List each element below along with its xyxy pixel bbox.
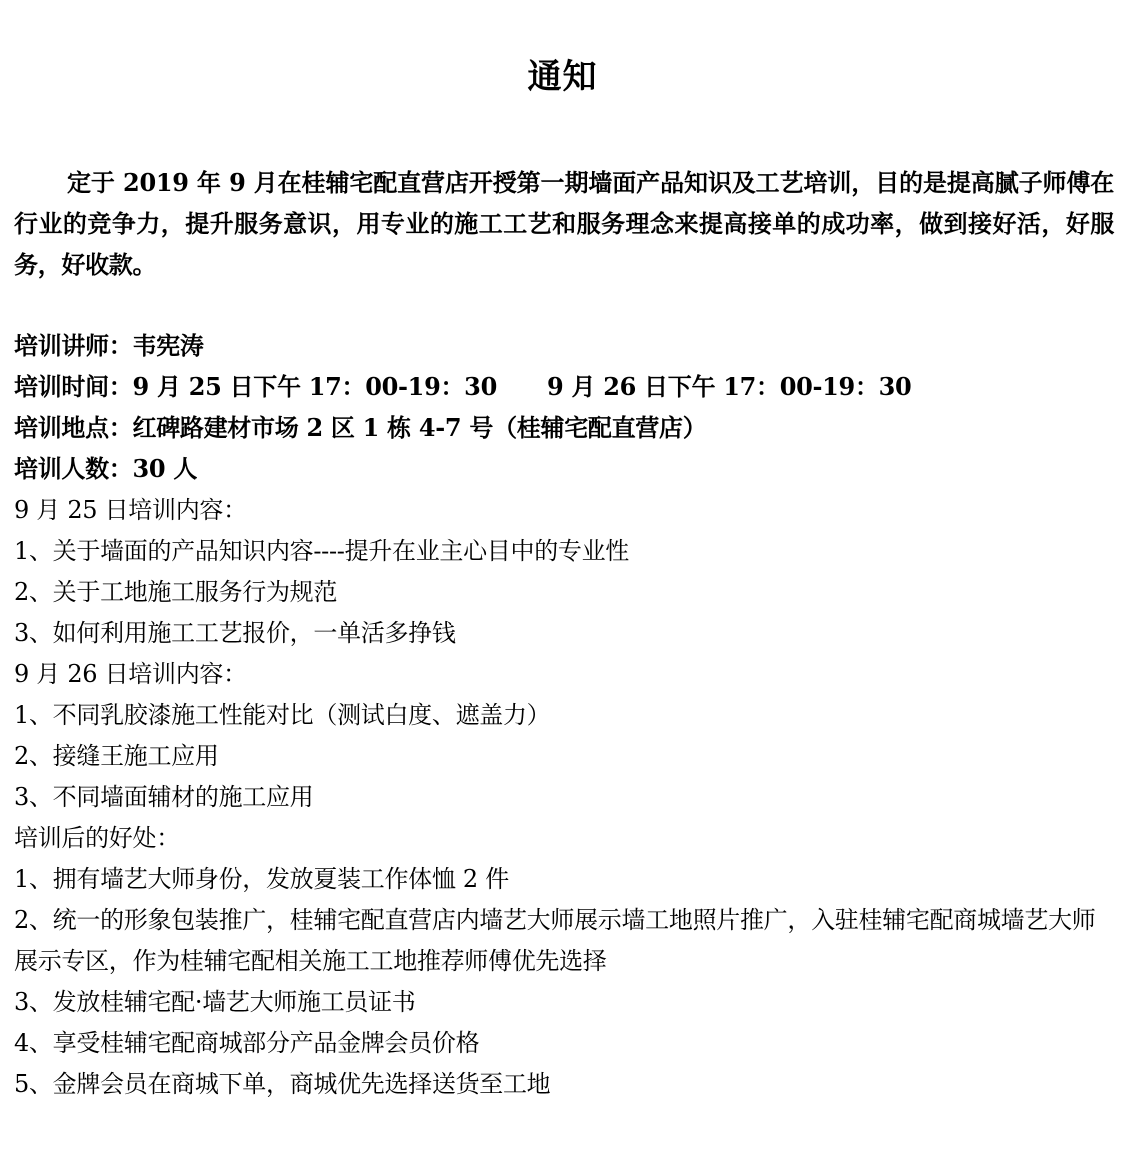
list-item: 1、不同乳胶漆施工性能对比（测试白度、遮盖力） (14, 695, 1114, 736)
time-row: 培训时间：9 月 25 日下午 17：00-19：309 月 26 日下午 17… (14, 366, 1114, 407)
time-value-2: 9 月 26 日下午 17：00-19：30 (547, 372, 911, 401)
location-label: 培训地点： (14, 413, 133, 442)
day2-heading: 9 月 26 日培训内容： (14, 654, 1114, 695)
list-item: 2、接缝王施工应用 (14, 736, 1114, 777)
training-content: 9 月 25 日培训内容： 1、关于墙面的产品知识内容----提升在业主心目中的… (14, 490, 1114, 1105)
list-item: 3、如何利用施工工艺报价，一单活多挣钱 (14, 613, 1114, 654)
count-label: 培训人数： (14, 454, 133, 483)
count-row: 培训人数：30 人 (14, 448, 1114, 489)
list-item: 3、不同墙面辅材的施工应用 (14, 777, 1114, 818)
count-value: 30 人 (133, 454, 198, 483)
list-item: 3、发放桂辅宅配·墙艺大师施工员证书 (14, 982, 1114, 1023)
list-item: 2、关于工地施工服务行为规范 (14, 572, 1114, 613)
lecturer-label: 培训讲师： (14, 331, 133, 360)
list-item: 4、享受桂辅宅配商城部分产品金牌会员价格 (14, 1023, 1114, 1064)
page-title: 通知 (0, 55, 1125, 99)
list-item: 2、统一的形象包装推广，桂辅宅配直营店内墙艺大师展示墙工地照片推广，入驻桂辅宅配… (14, 900, 1114, 982)
time-value-1: 9 月 25 日下午 17：00-19：30 (133, 372, 497, 401)
list-item: 1、关于墙面的产品知识内容----提升在业主心目中的专业性 (14, 531, 1114, 572)
training-info: 培训讲师：韦宪涛 培训时间：9 月 25 日下午 17：00-19：309 月 … (14, 325, 1114, 489)
location-value: 红碑路建材市场 2 区 1 栋 4-7 号（桂辅宅配直营店） (133, 413, 707, 442)
list-item: 5、金牌会员在商城下单，商城优先选择送货至工地 (14, 1064, 1114, 1105)
list-item: 1、拥有墙艺大师身份，发放夏装工作体恤 2 件 (14, 859, 1114, 900)
lecturer-row: 培训讲师：韦宪涛 (14, 325, 1114, 366)
lecturer-value: 韦宪涛 (133, 331, 204, 360)
time-label: 培训时间： (14, 372, 133, 401)
intro-paragraph: 定于 2019 年 9 月在桂辅宅配直营店开授第一期墙面产品知识及工艺培训，目的… (14, 162, 1114, 285)
day1-heading: 9 月 25 日培训内容： (14, 490, 1114, 531)
benefits-heading: 培训后的好处： (14, 818, 1114, 859)
location-row: 培训地点：红碑路建材市场 2 区 1 栋 4-7 号（桂辅宅配直营店） (14, 407, 1114, 448)
